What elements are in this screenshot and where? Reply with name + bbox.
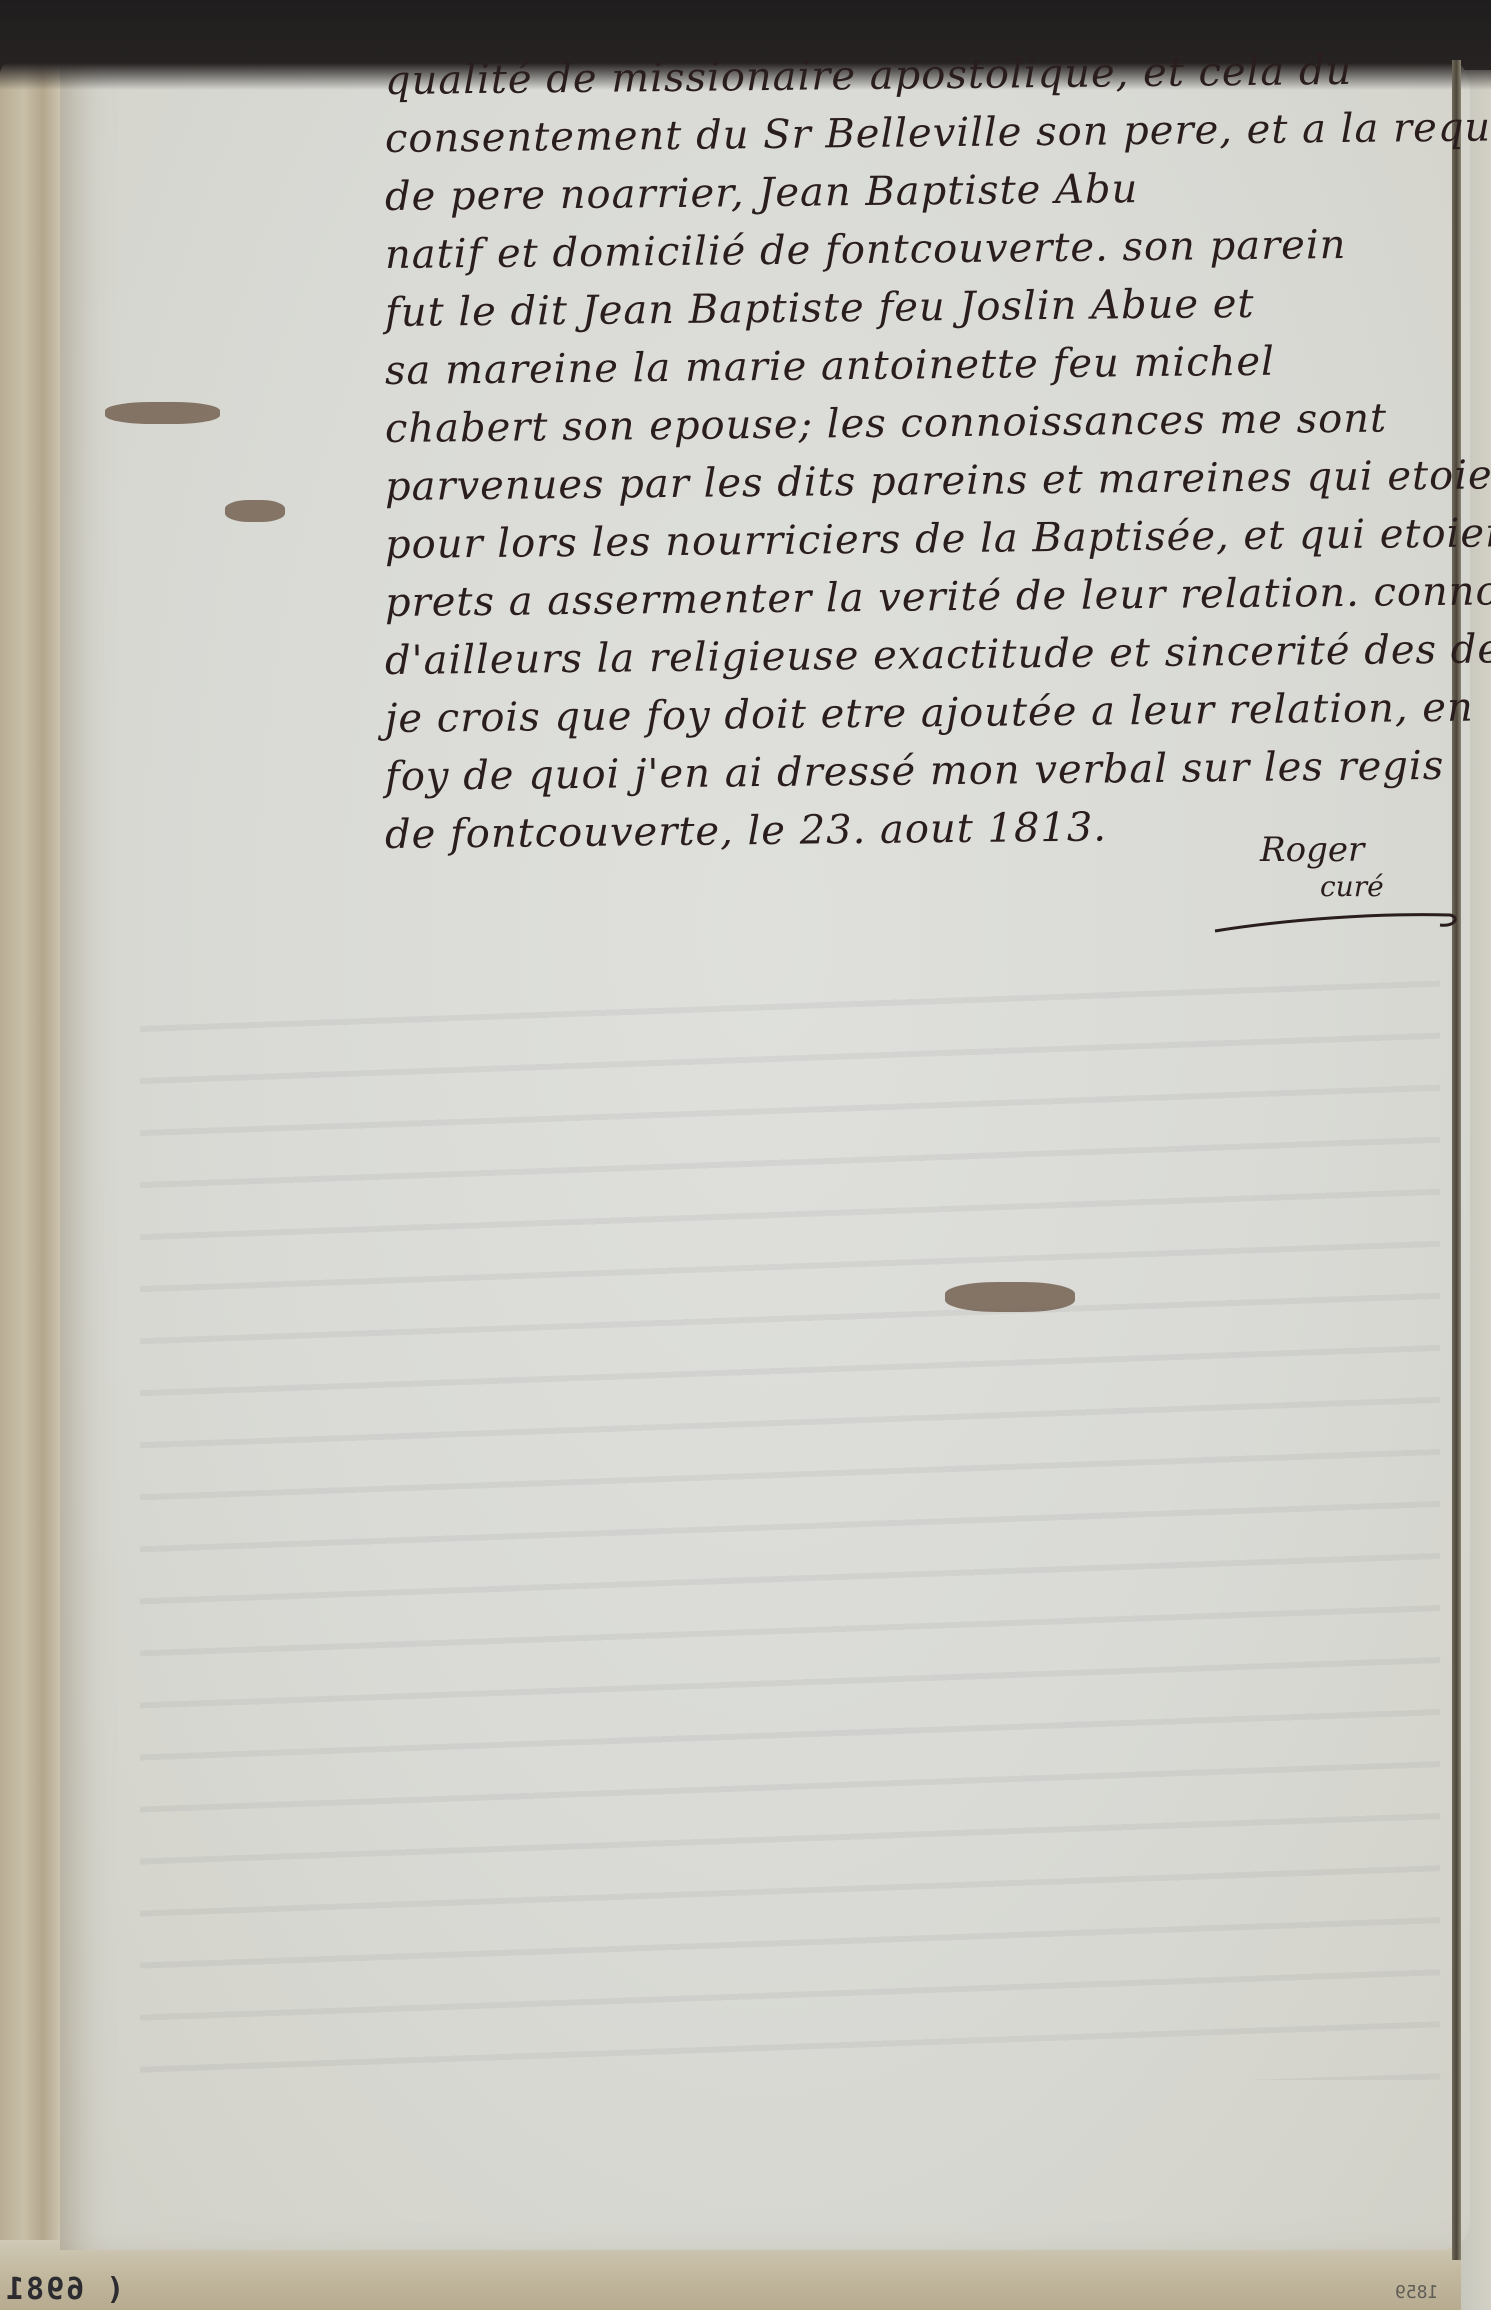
ink-bleed-through xyxy=(140,980,1440,2080)
handwritten-text: qualité de missionaire apostolique, et c… xyxy=(385,52,1460,864)
signature: Roger curé xyxy=(1260,830,1384,903)
signature-name: Roger xyxy=(1260,830,1384,870)
archive-stamp-right: 1859 xyxy=(1395,2282,1438,2303)
ink-blot xyxy=(945,1282,1075,1312)
signature-flourish-icon xyxy=(1210,905,1460,935)
signature-title: curé xyxy=(1320,870,1384,903)
bottom-page-edge xyxy=(0,2240,1491,2310)
ink-blot xyxy=(225,500,285,522)
ink-blot xyxy=(105,402,220,424)
archive-stamp-left: ( 6981 xyxy=(4,2272,124,2307)
